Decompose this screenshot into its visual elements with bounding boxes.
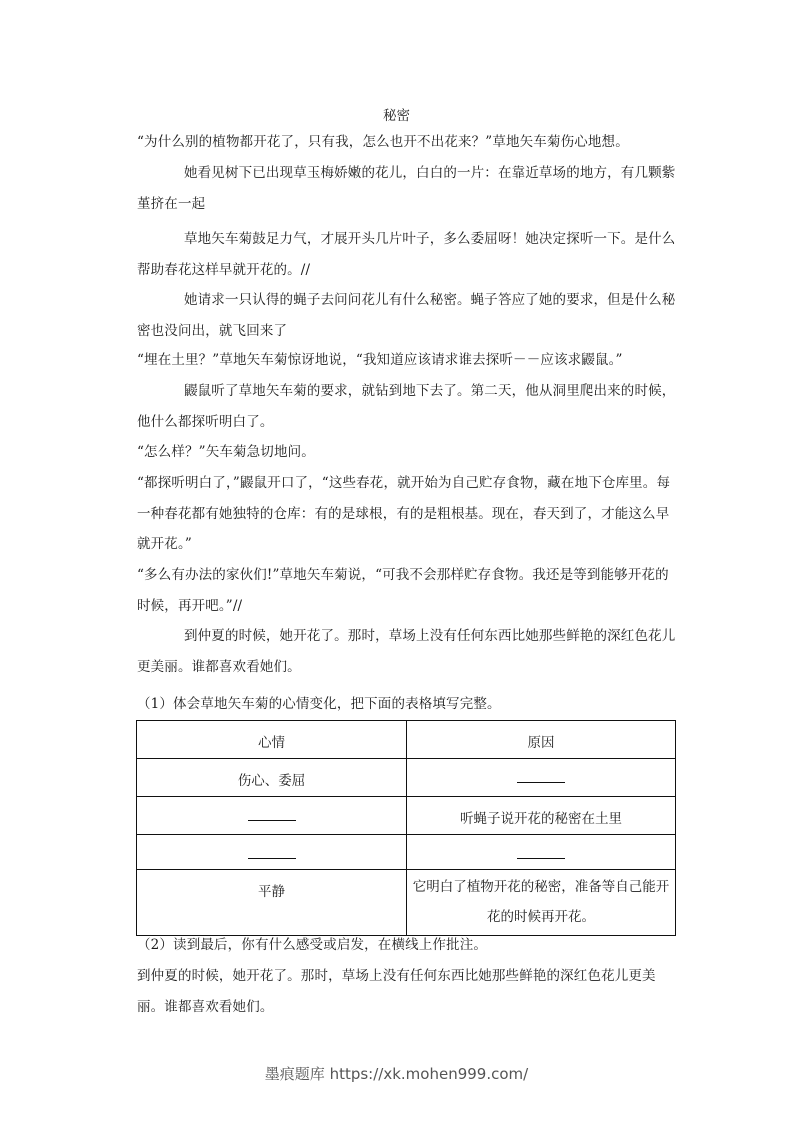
paragraph-3: 草地矢车菊鼓足力气，才展开头几片叶子，多么委屈呀！她决定探听一下。是什么帮助春花… [137,224,677,285]
mood-table: 心情 原因 伤心、委屈 听蝇子说开花的秘密在土里 平静 它明白了植物开花的秘密，… [136,720,676,936]
reason-cell: 它明白了植物开花的秘密，准备等自己能开花的时候再开花。 [407,870,676,936]
mood-cell[interactable] [137,835,407,870]
table-row: 平静 它明白了植物开花的秘密，准备等自己能开花的时候再开花。 [137,870,676,936]
mood-cell[interactable] [137,797,407,835]
footer-watermark: 墨痕题库 https://xk.mohen999.com/ [0,1063,793,1084]
reason-cell: 听蝇子说开花的秘密在土里 [407,797,676,835]
reason-cell[interactable] [407,759,676,797]
answer-blank[interactable] [517,857,565,859]
paragraph-10: 到仲夏的时候，她开花了。那时，草场上没有任何东西比她那些鲜艳的深红色花儿更美丽。… [137,621,677,682]
table-row: 听蝇子说开花的秘密在土里 [137,797,676,835]
mood-cell: 伤心、委屈 [137,759,407,797]
paragraph-9: “多么有办法的家伙们!”草地矢车菊说，“可我不会那样贮存食物。我还是等到能够开花… [137,560,677,621]
answer-blank[interactable] [248,857,296,859]
table-header-row: 心情 原因 [137,721,676,759]
question-2-quote: 到仲夏的时候，她开花了。那时，草场上没有任何东西比她那些鲜艳的深红色花儿更美丽。… [137,961,677,1022]
table-row [137,835,676,870]
document-page: 秘密 “为什么别的植物都开花了，只有我，怎么也开不出花来？”草地矢车菊伤心地想。… [0,0,793,1122]
header-mood: 心情 [137,721,407,759]
paragraph-2: 她看见树下已出现草玉梅娇嫩的花儿，白白的一片：在靠近草场的地方，有几颗紫堇挤在一… [137,158,677,219]
question-2-prompt: （2）读到最后，你有什么感受或启发，在横线上作批注。 [137,930,677,961]
question-1-prompt: （1）体会草地矢车菊的心情变化，把下面的表格填写完整。 [137,689,677,720]
paragraph-1: “为什么别的植物都开花了，只有我，怎么也开不出花来？”草地矢车菊伤心地想。 [137,127,677,158]
table-row: 伤心、委屈 [137,759,676,797]
answer-blank[interactable] [517,781,565,783]
header-reason: 原因 [407,721,676,759]
reason-cell[interactable] [407,835,676,870]
mood-cell: 平静 [137,870,407,936]
paragraph-7: “怎么样？”矢车菊急切地问。 [137,437,677,468]
article-title: 秘密 [0,104,793,124]
paragraph-6: 鼹鼠听了草地矢车菊的要求，就钻到地下去了。第二天，他从洞里爬出来的时候，他什么都… [137,376,677,437]
answer-blank[interactable] [248,819,296,821]
paragraph-4: 她请求一只认得的蝇子去问问花儿有什么秘密。蝇子答应了她的要求，但是什么秘密也没问… [137,285,677,346]
paragraph-5: “埋在土里？”草地矢车菊惊讶地说，“我知道应该请求谁去探听－－应该求鼹鼠。” [137,345,677,376]
paragraph-8: “都探听明白了，”鼹鼠开口了，“这些春花，就开始为自己贮存食物，藏在地下仓库里。… [137,468,677,560]
